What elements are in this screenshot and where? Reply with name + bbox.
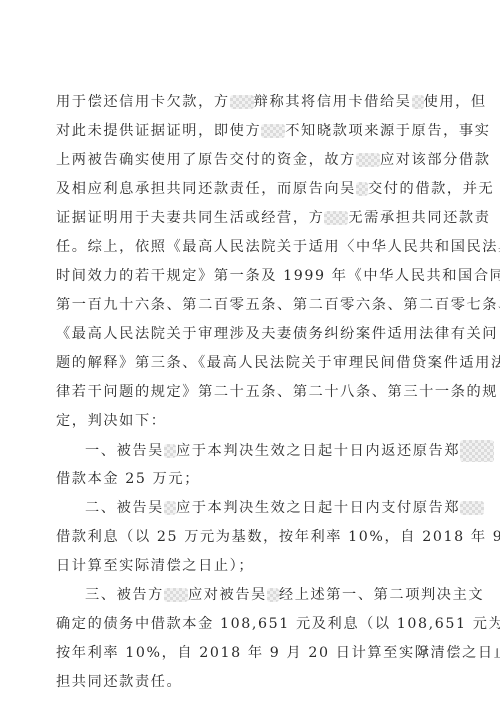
text-line: 证据证明用于夫妻共同生活或经营，方无需承担共同还款责 (56, 208, 446, 228)
redacted-name (261, 124, 285, 138)
text-line: 担共同还款责任。 (56, 672, 446, 692)
text-segment: 证据证明用于夫妻共同生活或经营，方 (56, 210, 324, 226)
text-segment: 二、被告吴 (85, 500, 164, 516)
judgment-item-2: 二、被告吴应于本判决生效之日起十日内支付原告郑 (56, 498, 446, 518)
text-segment: 交付的借款，并无 (368, 181, 494, 197)
text-line: 借款利息（以 25 万元为基数，按年利率 10%，自 2018 年 9 月 20 (56, 527, 446, 547)
text-line: 第一百九十六条、第二百零五条、第二百零六条、第二百零七条、 (56, 295, 446, 315)
text-segment: 对此未提供证据证明，即使方 (56, 123, 261, 139)
text-segment: 应于本判决生效之日起十日内返还原告郑 (176, 443, 460, 459)
redacted-name (412, 95, 424, 109)
text-segment: 三、被告方 (85, 587, 164, 603)
text-line: 对此未提供证据证明，即使方不知晓款项来源于原告，事实 (56, 121, 446, 141)
redacted-name (324, 211, 348, 225)
text-line: 确定的债务中借款本金 108,651 元及利息（以 108,651 元为基数， (56, 614, 446, 634)
redacted-name (230, 95, 254, 109)
redacted-name (164, 444, 176, 458)
text-segment: 用于偿还信用卡欠款，方 (56, 94, 230, 110)
text-line: 借款本金 25 万元； (56, 469, 446, 489)
text-segment: 经上述第一、第二项判决主文 (279, 587, 484, 603)
redacted-name (356, 153, 380, 167)
text-line: 按年利率 10%，自 2018 年 9 月 20 日计算至实际清偿之日止）承 (56, 643, 446, 663)
text-line: 任。综上，依照《最高人民法院关于适用〈中华人民共和国民法典〉 (56, 237, 446, 257)
redacted-name (164, 501, 176, 515)
text-segment: 不知晓款项来源于原告，事实 (285, 123, 490, 139)
text-segment: 使用，但 (424, 94, 487, 110)
text-segment: 应对该部分借款 (380, 152, 491, 168)
text-segment: 应于本判决生效之日起十日内支付原告郑 (176, 500, 460, 516)
text-line: 时间效力的若干规定》第一条及 1999 年《中华人民共和国合同法》 (56, 266, 446, 286)
redacted-name (356, 182, 368, 196)
text-line: 律若干问题的规定》第二十五条、第二十八条、第三十一条的规 (56, 382, 446, 402)
judgment-item-1: 一、被告吴应于本判决生效之日起十日内返还原告郑 (56, 440, 446, 460)
text-line: 用于偿还信用卡欠款，方辩称其将信用卡借给吴使用，但 (56, 92, 446, 112)
redacted-name (460, 440, 494, 462)
text-line: 上两被告确实使用了原告交付的资金，故方应对该部分借款 (56, 150, 446, 170)
text-segment: 辩称其将信用卡借给吴 (254, 94, 412, 110)
text-line: 定，判决如下： (56, 411, 446, 431)
text-line: 及相应利息承担共同还款责任，而原告向吴交付的借款，并无 (56, 179, 446, 199)
page-number: - 9 - (405, 644, 445, 659)
text-segment: 一、被告吴 (85, 443, 164, 459)
redacted-name (460, 501, 484, 515)
document-page: 用于偿还信用卡欠款，方辩称其将信用卡借给吴使用，但 对此未提供证据证明，即使方不… (0, 0, 500, 706)
text-segment: 及相应利息承担共同还款责任，而原告向吴 (56, 181, 356, 197)
judgment-item-3: 三、被告方应对被告吴经上述第一、第二项判决主文 (56, 585, 446, 605)
redacted-name (164, 588, 188, 602)
text-segment: 上两被告确实使用了原告交付的资金，故方 (56, 152, 356, 168)
text-line: 日计算至实际清偿之日止）； (56, 556, 446, 576)
text-segment: 应对被告吴 (188, 587, 267, 603)
text-segment: 无需承担共同还款责 (348, 210, 490, 226)
redacted-name (267, 588, 279, 602)
text-line: 《最高人民法院关于审理涉及夫妻债务纠纷案件适用法律有关问 (56, 324, 446, 344)
text-line: 题的解释》第三条、《最高人民法院关于审理民间借贷案件适用法 (56, 353, 446, 373)
